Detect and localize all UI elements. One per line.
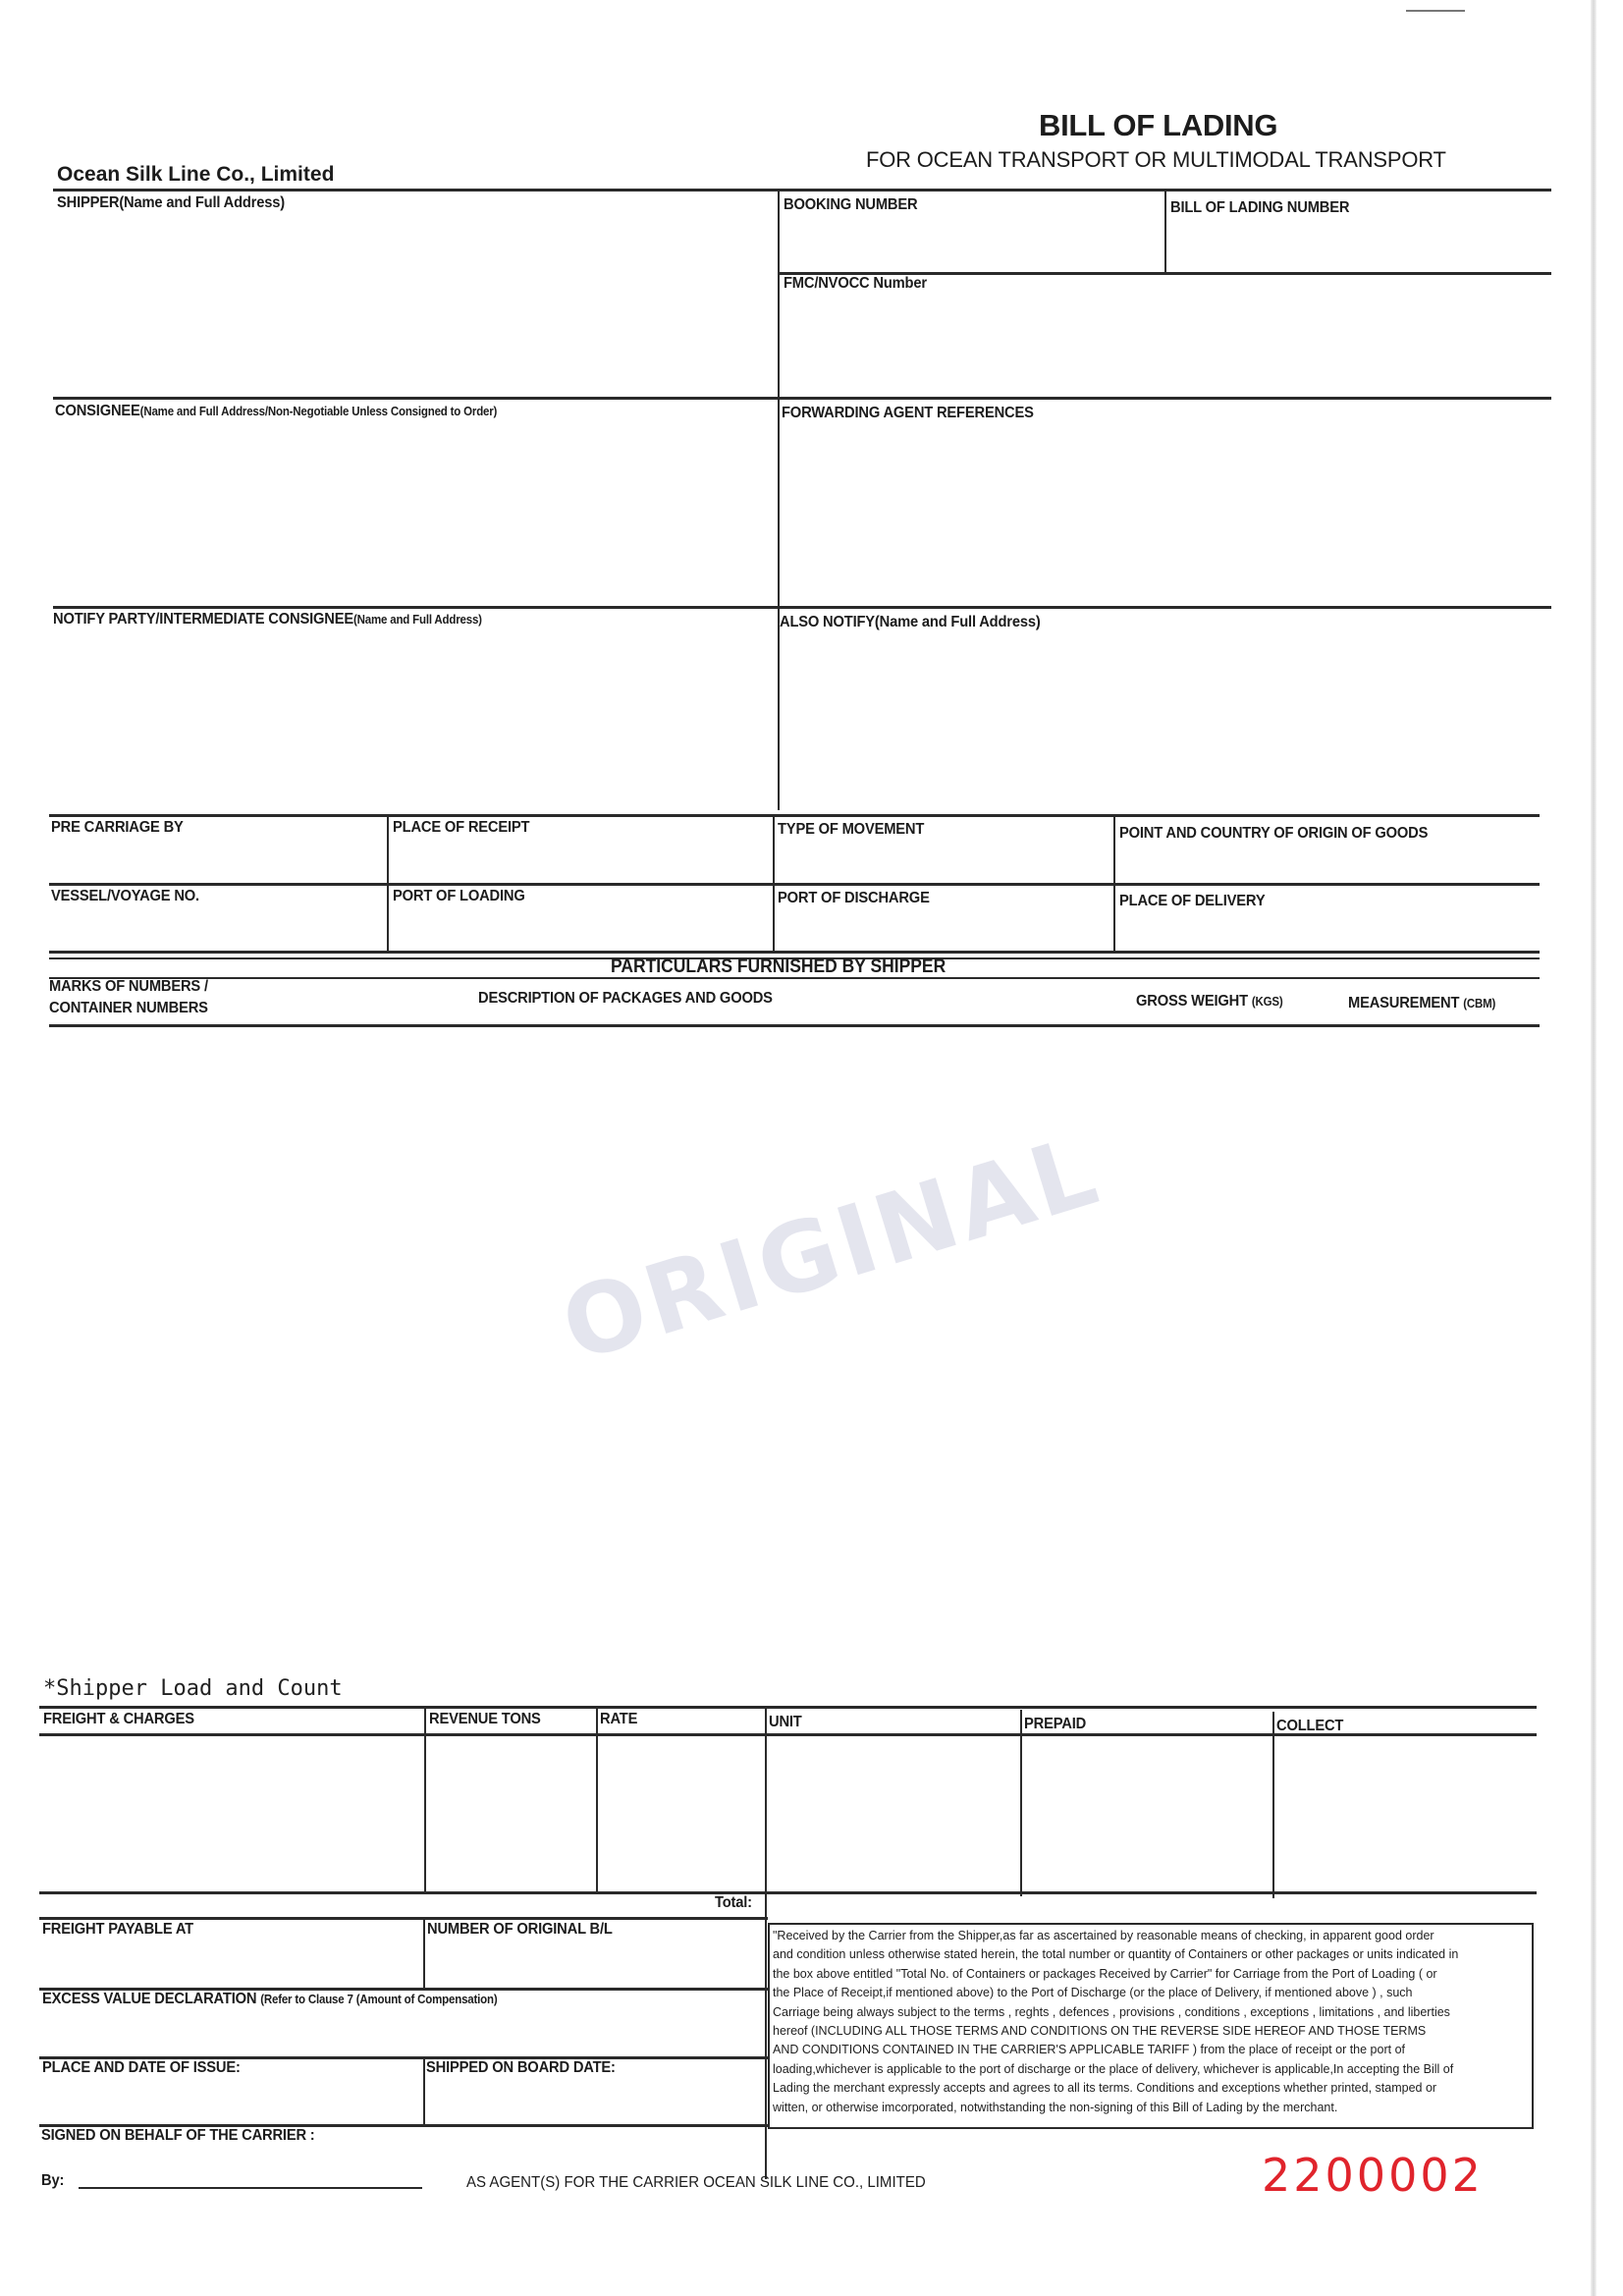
measurement-label: MEASUREMENT (CBM): [1348, 995, 1495, 1012]
terms-line: Lading the merchant expressly accepts an…: [773, 2079, 1529, 2098]
unit-header: UNIT: [769, 1714, 802, 1731]
freight-rule-top: [39, 1706, 1537, 1709]
freight-col-divider-1: [424, 1708, 426, 1892]
signature-field[interactable]: [79, 2160, 422, 2186]
document-title: BILL OF LADING: [1039, 108, 1277, 143]
terms-line: hereof (INCLUDING ALL THOSE TERMS AND CO…: [773, 2022, 1529, 2041]
collect-cell[interactable]: [1276, 1744, 1534, 1891]
booking-number-field[interactable]: [782, 218, 1160, 272]
consignee-label-note: (Name and Full Address/Non-Negotiable Un…: [140, 405, 498, 418]
terms-line: the Place of Receipt,if mentioned above)…: [773, 1984, 1529, 2002]
prepaid-cell[interactable]: [1024, 1742, 1270, 1889]
freight-rule-bottom: [39, 1891, 1537, 1894]
excess-value-field[interactable]: [42, 2013, 764, 2052]
pre-carriage-label: PRE CARRIAGE BY: [51, 819, 184, 837]
shipper-load-count-note: *Shipper Load and Count: [43, 1676, 343, 1701]
freight-charges-cell[interactable]: [41, 1738, 419, 1886]
type-of-movement-label: TYPE OF MOVEMENT: [778, 821, 924, 839]
page-edge-shadow: [1591, 0, 1596, 2296]
gross-weight-label: GROSS WEIGHT (KGS): [1136, 993, 1283, 1011]
routing-rule-1: [49, 814, 1540, 817]
freight-col-divider-3: [765, 1708, 767, 2179]
place-date-issue-field[interactable]: [42, 2082, 415, 2121]
shipped-on-board-field[interactable]: [426, 2082, 760, 2121]
place-date-issue-label: PLACE AND DATE OF ISSUE:: [42, 2059, 241, 2077]
consignee-label-main: CONSIGNEE: [55, 403, 140, 419]
goods-description-area[interactable]: [49, 1031, 1537, 1660]
particulars-header-rule: [49, 1024, 1540, 1027]
pre-carriage-field[interactable]: [51, 841, 380, 880]
terms-line: AND CONDITIONS CONTAINED IN THE CARRIER'…: [773, 2041, 1529, 2059]
excess-value-label-main: EXCESS VALUE DECLARATION: [42, 1991, 256, 2007]
vessel-voyage-field[interactable]: [51, 909, 380, 949]
shipper-field[interactable]: [55, 218, 772, 395]
vessel-voyage-label: VESSEL/VOYAGE NO.: [51, 888, 199, 905]
particulars-title: PARTICULARS FURNISHED BY SHIPPER: [611, 957, 946, 978]
marks-label-1: MARKS OF NUMBERS /: [49, 978, 208, 996]
place-of-receipt-field[interactable]: [393, 841, 766, 880]
port-of-loading-field[interactable]: [393, 909, 766, 949]
rate-cell[interactable]: [600, 1738, 762, 1886]
measurement-unit: (CBM): [1463, 997, 1495, 1011]
freight-payable-at-field[interactable]: [42, 1942, 415, 1982]
particulars-rule-1: [49, 951, 1540, 954]
place-of-delivery-field[interactable]: [1119, 914, 1542, 954]
port-of-loading-label: PORT OF LOADING: [393, 888, 525, 905]
center-divider: [778, 191, 780, 810]
terms-line: witten, or otherwise imcorporated, notwi…: [773, 2099, 1529, 2117]
consignee-field[interactable]: [55, 426, 772, 603]
routing-rule-2: [49, 883, 1540, 886]
shipper-label: SHIPPER(Name and Full Address): [57, 194, 285, 212]
terms-line: "Received by the Carrier from the Shippe…: [773, 1927, 1529, 1945]
description-label: DESCRIPTION OF PACKAGES AND GOODS: [478, 990, 773, 1008]
fmc-nvocc-field[interactable]: [782, 297, 1547, 395]
port-of-discharge-field[interactable]: [778, 911, 1107, 951]
notify-rule: [53, 606, 1551, 609]
place-of-receipt-label: PLACE OF RECEIPT: [393, 819, 529, 837]
agent-statement: AS AGENT(S) FOR THE CARRIER OCEAN SILK L…: [466, 2174, 926, 2192]
forwarding-agent-label: FORWARDING AGENT REFERENCES: [782, 405, 1034, 422]
freight-charges-header: FREIGHT & CHARGES: [43, 1711, 194, 1728]
origin-of-goods-field[interactable]: [1119, 847, 1542, 886]
signed-on-behalf-label: SIGNED ON BEHALF OF THE CARRIER :: [41, 2127, 315, 2145]
marks-label-2: CONTAINER NUMBERS: [49, 1000, 208, 1017]
terms-line: Carriage being always subject to the ter…: [773, 2003, 1529, 2022]
freight-col-divider-2: [596, 1708, 598, 1892]
place-of-delivery-label: PLACE OF DELIVERY: [1119, 893, 1265, 910]
payable-divider: [423, 1919, 425, 1988]
booking-number-label: BOOKING NUMBER: [784, 196, 917, 214]
port-of-discharge-label: PORT OF DISCHARGE: [778, 890, 930, 907]
also-notify-label: ALSO NOTIFY(Name and Full Address): [780, 614, 1041, 631]
number-of-original-bl-field[interactable]: [427, 1942, 761, 1982]
consignee-label: CONSIGNEE(Name and Full Address/Non-Nego…: [55, 403, 497, 420]
rate-header: RATE: [600, 1711, 637, 1728]
forwarding-agent-field[interactable]: [782, 428, 1547, 605]
top-rule: [53, 189, 1551, 191]
notify-party-field[interactable]: [55, 634, 772, 806]
type-of-movement-field[interactable]: [778, 843, 1107, 882]
consignee-rule: [53, 397, 1551, 400]
by-label: By:: [41, 2172, 64, 2190]
total-field[interactable]: [769, 1895, 1535, 1917]
notify-party-label-note: (Name and Full Address): [353, 613, 482, 627]
revenue-tons-cell[interactable]: [428, 1738, 593, 1886]
measurement-text: MEASUREMENT: [1348, 995, 1459, 1011]
unit-cell[interactable]: [769, 1740, 1016, 1887]
signature-line: [79, 2187, 422, 2189]
freight-col-divider-4: [1020, 1710, 1022, 1896]
payable-rule: [39, 1917, 768, 1920]
excess-value-label-note: (Refer to Clause 7 (Amount of Compensati…: [260, 1993, 497, 2006]
total-label: Total:: [715, 1894, 752, 1912]
terms-line: the box above entitled "Total No. of Con…: [773, 1965, 1529, 1984]
shipped-on-board-label: SHIPPED ON BOARD DATE:: [426, 2059, 616, 2077]
particulars-rule-3: [49, 977, 1540, 979]
issue-divider: [423, 2058, 425, 2127]
prepaid-header: PREPAID: [1024, 1716, 1086, 1733]
scan-mark: [1406, 10, 1465, 12]
bl-number-field[interactable]: [1168, 221, 1546, 272]
collect-header: COLLECT: [1276, 1718, 1343, 1735]
excess-value-label: EXCESS VALUE DECLARATION (Refer to Claus…: [42, 1991, 497, 2008]
origin-of-goods-label: POINT AND COUNTRY OF ORIGIN OF GOODS: [1119, 825, 1428, 843]
also-notify-field[interactable]: [782, 636, 1547, 808]
number-of-original-bl-label: NUMBER OF ORIGINAL B/L: [427, 1921, 613, 1939]
revenue-tons-header: REVENUE TONS: [429, 1711, 541, 1728]
serial-number: 2200002: [1262, 2149, 1484, 2202]
booking-divider: [1164, 191, 1166, 275]
gross-weight-unit: (KGS): [1252, 995, 1283, 1009]
fmc-nvocc-label: FMC/NVOCC Number: [784, 275, 927, 293]
notify-party-label-main: NOTIFY PARTY/INTERMEDIATE CONSIGNEE: [53, 611, 353, 628]
terms-and-conditions: "Received by the Carrier from the Shippe…: [768, 1923, 1534, 2129]
terms-line: and condition unless otherwise stated he…: [773, 1945, 1529, 1964]
notify-party-label: NOTIFY PARTY/INTERMEDIATE CONSIGNEE(Name…: [53, 611, 482, 629]
bl-number-label: BILL OF LADING NUMBER: [1170, 199, 1349, 217]
gross-weight-text: GROSS WEIGHT: [1136, 993, 1248, 1010]
document-subtitle: FOR OCEAN TRANSPORT OR MULTIMODAL TRANSP…: [866, 147, 1446, 173]
company-name: Ocean Silk Line Co., Limited: [57, 163, 334, 187]
terms-line: loading,whichever is applicable to the p…: [773, 2060, 1529, 2079]
freight-payable-at-label: FREIGHT PAYABLE AT: [42, 1921, 193, 1939]
freight-col-divider-5: [1272, 1712, 1274, 1898]
